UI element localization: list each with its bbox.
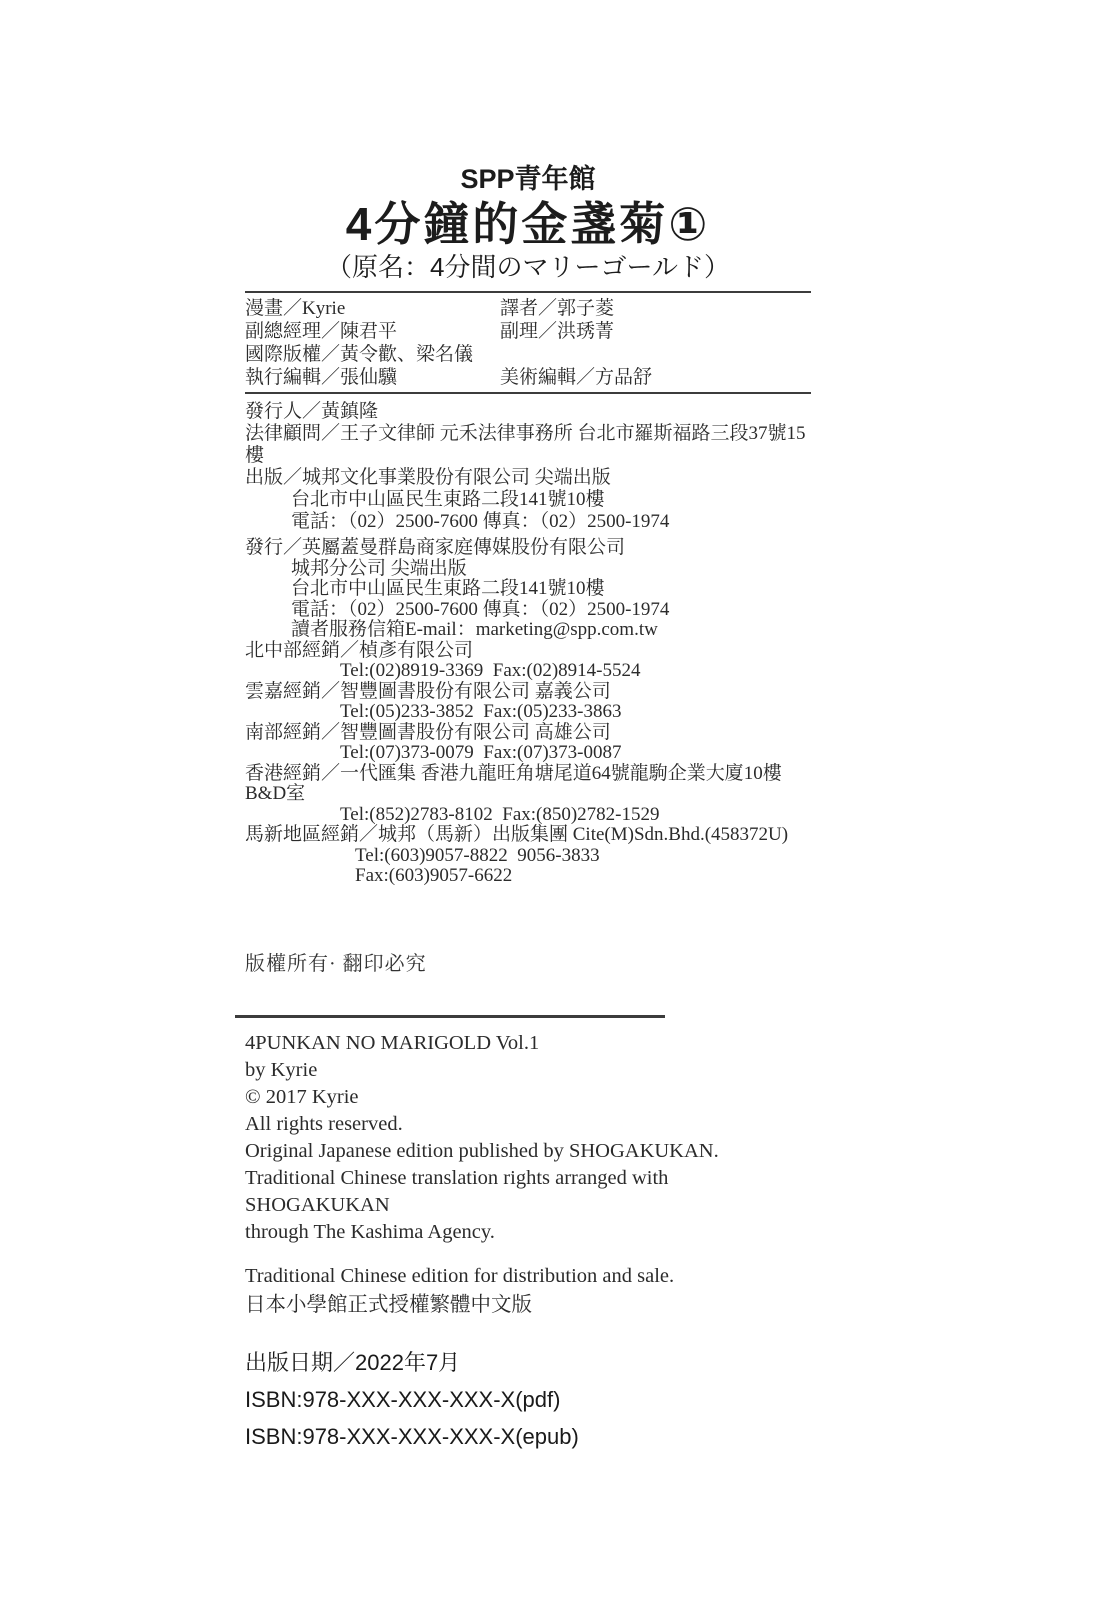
info-line: 雲嘉經銷／智豐圖書股份有限公司 嘉義公司 xyxy=(245,682,811,703)
info-line: 法律顧問／王子文律師 元禾法律事務所 台北市羅斯福路三段37號15樓 xyxy=(245,423,811,467)
info-line: through The Kashima Agency. xyxy=(245,1219,811,1246)
info-line: Fax:(603)9057-6622 xyxy=(245,866,811,887)
credit-line xyxy=(500,343,811,366)
credits-table: 漫畫／Kyrie 副總經理／陳君平 國際版權／黃令歡、梁名儀 執行編輯／張仙驥 … xyxy=(245,291,811,394)
info-line: 城邦分公司 尖端出版 xyxy=(245,559,811,580)
info-line: 香港經銷／一代匯集 香港九龍旺角塘尾道64號龍駒企業大廈10樓B&D室 xyxy=(245,764,811,805)
info-line: 電話：（02）2500-7600 傳真：（02）2500-1974 xyxy=(245,600,811,621)
copyright-notice: 版權所有· 翻印必究 xyxy=(245,947,811,976)
info-line: 台北市中山區民生東路二段141號10樓 xyxy=(245,579,811,600)
info-line: Traditional Chinese translation rights a… xyxy=(245,1165,811,1219)
publisher-info: 發行人／黃鎮隆 法律顧問／王子文律師 元禾法律事務所 台北市羅斯福路三段37號1… xyxy=(245,401,811,533)
imprint-label: SPP青年館 xyxy=(245,163,811,195)
isbn-pdf: ISBN:978-XXX-XXX-XXX-X(pdf) xyxy=(245,1381,811,1418)
divider-rule xyxy=(235,1015,665,1018)
isbn-epub: ISBN:978-XXX-XXX-XXX-X(epub) xyxy=(245,1418,811,1455)
credit-line: 美術編輯／方品舒 xyxy=(500,366,811,389)
info-line: Tel:(852)2783-8102 Fax:(850)2782-1529 xyxy=(245,805,811,826)
info-line: Tel:(02)8919-3369 Fax:(02)8914-5524 xyxy=(245,661,811,682)
info-line: 北中部經銷／楨彥有限公司 xyxy=(245,641,811,662)
credit-line: 漫畫／Kyrie xyxy=(245,297,500,320)
info-line: Tel:(05)233-3852 Fax:(05)233-3863 xyxy=(245,702,811,723)
credits-left-column: 漫畫／Kyrie 副總經理／陳君平 國際版權／黃令歡、梁名儀 執行編輯／張仙驥 xyxy=(245,297,500,389)
colophon-page: SPP青年館 4分鐘的金盞菊① （原名：4分間のマリーゴールド） 漫畫／Kyri… xyxy=(0,0,1102,1597)
info-line: Original Japanese edition published by S… xyxy=(245,1138,811,1165)
info-line: 電話：（02）2500-7600 傳真：（02）2500-1974 xyxy=(245,511,811,533)
book-title: 4分鐘的金盞菊① xyxy=(245,197,811,251)
info-line: 讀者服務信箱E-mail：marketing@spp.com.tw xyxy=(245,620,811,641)
info-line: 南部經銷／智豐圖書股份有限公司 高雄公司 xyxy=(245,723,811,744)
license-statement: Traditional Chinese edition for distribu… xyxy=(245,1262,811,1320)
info-line: 日本小學館正式授權繁體中文版 xyxy=(245,1291,811,1320)
credits-right-column: 譯者／郭子菱 副理／洪琇菁 美術編輯／方品舒 xyxy=(500,297,811,389)
info-line: All rights reserved. xyxy=(245,1111,811,1138)
title-block: SPP青年館 4分鐘的金盞菊① （原名：4分間のマリーゴールド） xyxy=(245,163,811,283)
distribution-info: 發行／英屬蓋曼群島商家庭傳媒股份有限公司 城邦分公司 尖端出版 台北市中山區民生… xyxy=(245,538,811,887)
publication-info: 出版日期／2022年7月 ISBN:978-XXX-XXX-XXX-X(pdf)… xyxy=(245,1344,811,1455)
info-line: 馬新地區經銷／城邦（馬新）出版集團 Cite(M)Sdn.Bhd.(458372… xyxy=(245,825,811,846)
original-title: （原名：4分間のマリーゴールド） xyxy=(245,252,811,283)
info-line: Traditional Chinese edition for distribu… xyxy=(245,1262,811,1291)
info-line: 台北市中山區民生東路二段141號10樓 xyxy=(245,489,811,511)
info-line: Tel:(603)9057-8822 9056-3833 xyxy=(245,846,811,867)
credit-line: 副總經理／陳君平 xyxy=(245,320,500,343)
credit-line: 副理／洪琇菁 xyxy=(500,320,811,343)
info-line: 出版／城邦文化事業股份有限公司 尖端出版 xyxy=(245,467,811,489)
credit-line: 國際版權／黃令歡、梁名儀 xyxy=(245,343,500,366)
colophon-content: SPP青年館 4分鐘的金盞菊① （原名：4分間のマリーゴールド） 漫畫／Kyri… xyxy=(245,163,811,1455)
publication-date: 出版日期／2022年7月 xyxy=(245,1344,811,1381)
info-line: by Kyrie xyxy=(245,1057,811,1084)
credit-line: 譯者／郭子菱 xyxy=(500,297,811,320)
info-line: © 2017 Kyrie xyxy=(245,1084,811,1111)
info-line: Tel:(07)373-0079 Fax:(07)373-0087 xyxy=(245,743,811,764)
english-copyright: 4PUNKAN NO MARIGOLD Vol.1 by Kyrie © 201… xyxy=(245,1030,811,1246)
credit-line: 執行編輯／張仙驥 xyxy=(245,366,500,389)
info-line: 4PUNKAN NO MARIGOLD Vol.1 xyxy=(245,1030,811,1057)
info-line: 發行人／黃鎮隆 xyxy=(245,401,811,423)
info-line: 發行／英屬蓋曼群島商家庭傳媒股份有限公司 xyxy=(245,538,811,559)
